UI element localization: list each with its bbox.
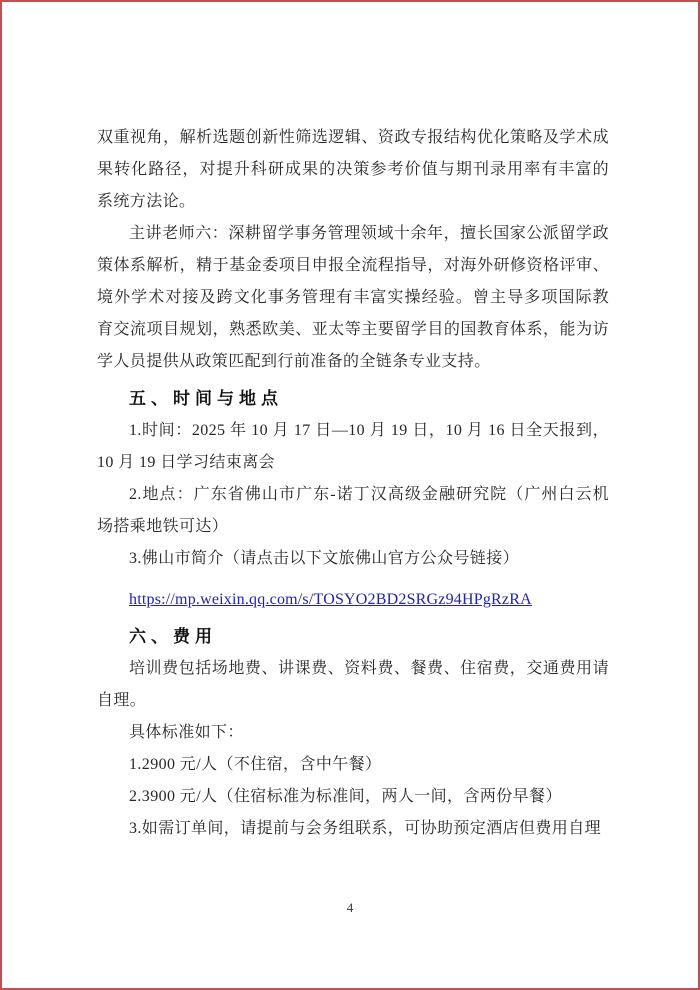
paragraph-line: 策体系解析，精于基金委项目申报全流程指导，对海外研修资格评审、 [97,250,609,282]
city-intro-line: 3.佛山市简介（请点击以下文旅佛山官方公众号链接） [97,543,609,575]
fee-item-line: 2.3900 元/人（住宿标准为标准间，两人一间，含两份早餐） [97,781,609,813]
fee-item-line: 1.2900 元/人（不住宿，含中午餐） [97,749,609,781]
fee-description-line: 培训费包括场地费、讲课费、资料费、餐费、住宿费，交通费用请 [97,653,609,685]
paragraph-line: 育交流项目规划，熟悉欧美、亚太等主要留学目的国教育体系，能为访 [97,314,609,346]
paragraph-line: 主讲老师六：深耕留学事务管理领域十余年，擅长国家公派留学政 [97,218,609,250]
paragraph-line: 境外学术对接及跨文化事务管理有丰富实操经验。曾主导多项国际教 [97,282,609,314]
wechat-article-link[interactable]: https://mp.weixin.qq.com/s/TOSYO2BD2SRGz… [129,591,532,608]
paragraph-line: 系统方法论。 [97,186,609,218]
paragraph-line: 双重视角，解析选题创新性筛选逻辑、资政专报结构优化策略及学术成 [97,122,609,154]
hyperlink-line: https://mp.weixin.qq.com/s/TOSYO2BD2SRGz… [97,584,609,616]
place-line: 2.地点：广东省佛山市广东-诺丁汉高级金融研究院（广州白云机 [97,479,609,511]
document-page: { "page": { "number": "4", "colors": { "… [0,0,700,990]
paragraph-line: 学人员提供从政策匹配到行前准备的全链条专业支持。 [97,346,609,378]
paragraph-line: 果转化路径，对提升科研成果的决策参考价值与期刊录用率有丰富的 [97,154,609,186]
page-number: 4 [2,900,698,916]
fee-item-line: 3.如需订单间，请提前与会务组联系，可协助预定酒店但费用自理 [97,813,609,845]
time-line: 1.时间：2025 年 10 月 17 日—10 月 19 日，10 月 16 … [97,415,609,447]
fee-standard-intro-line: 具体标准如下： [97,717,609,749]
time-line: 10 月 19 日学习结束离会 [97,447,609,479]
section-heading-fees: 六、费用 [97,621,609,653]
document-body: 双重视角，解析选题创新性筛选逻辑、资政专报结构优化策略及学术成 果转化路径，对提… [97,122,609,845]
place-line: 场搭乘地铁可达） [97,511,609,543]
fee-description-line: 自理。 [97,685,609,717]
section-heading-time-place: 五、时间与地点 [97,383,609,415]
